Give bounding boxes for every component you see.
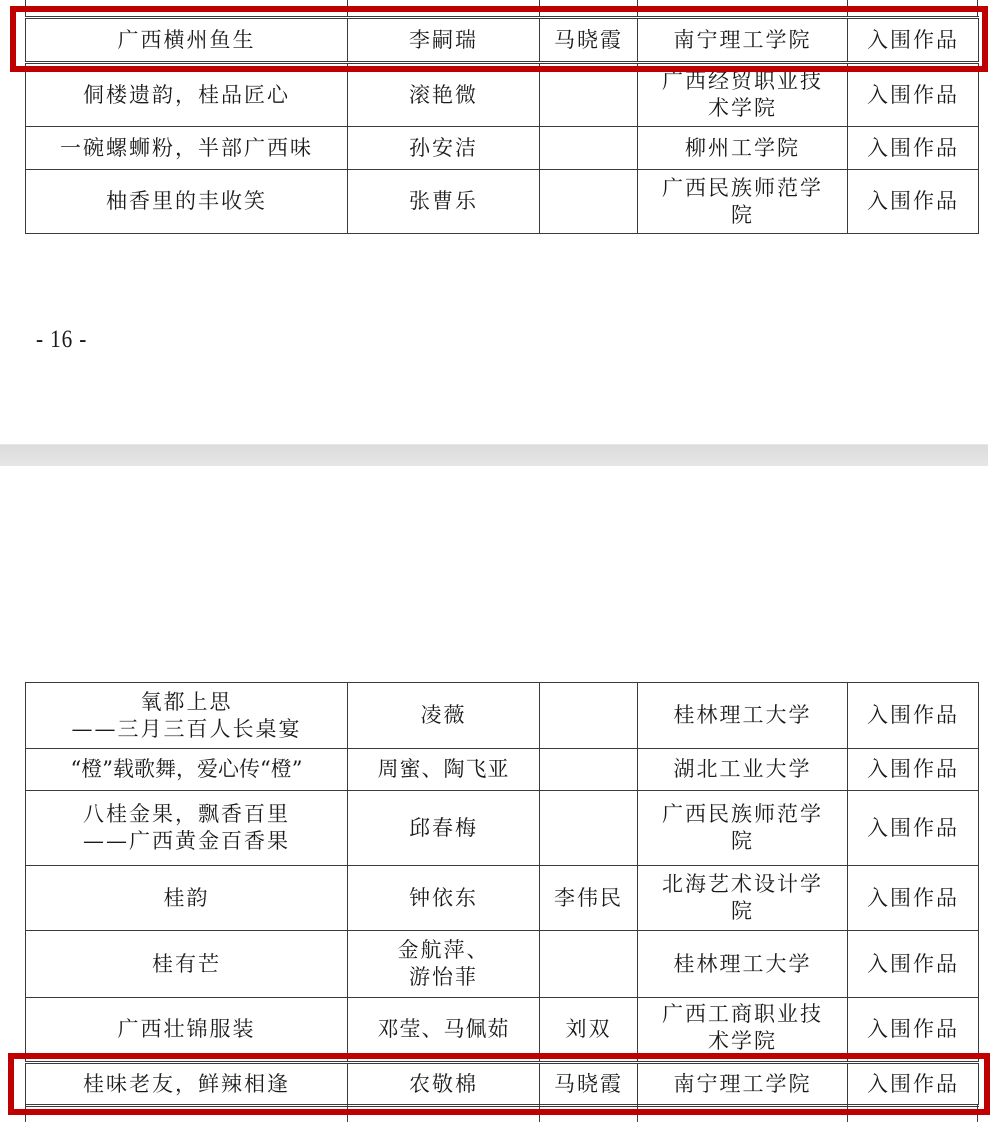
work-title-cell: 八桂金果，飘香百里——广西黄金百香果 [26,791,348,866]
table-row-clipped-bottom [25,1105,978,1122]
page-separator [0,444,988,467]
author-cell: 凌薇 [348,683,540,749]
school-cell: 广西工商职业技术学院 [638,998,848,1063]
advisor-cell [540,683,638,749]
result-cell: 入围作品 [848,683,979,749]
result-cell: 入围作品 [848,998,979,1063]
result-cell: 入围作品 [848,931,979,998]
school-cell: 桂林理工大学 [638,931,848,998]
author-cell: 钟依东 [348,866,540,931]
work-title-cell: 桂味老友，鲜辣相逢 [26,1063,348,1106]
author-cell: 邱春梅 [348,791,540,866]
result-cell: 入围作品 [848,749,979,791]
table-row: 桂有芒 金航萍、游怡菲 桂林理工大学 入围作品 [26,931,979,998]
table-row: “橙”载歌舞，爱心传“橙” 周蜜、陶飞亚 湖北工业大学 入围作品 [26,749,979,791]
advisor-cell [540,63,638,127]
school-cell: 广西经贸职业技术学院 [638,63,848,127]
page-number: - 16 - [36,326,87,354]
table-row: 八桂金果，飘香百里——广西黄金百香果 邱春梅 广西民族师范学院 入围作品 [26,791,979,866]
work-title-cell: “橙”载歌舞，爱心传“橙” [26,749,348,791]
work-title-cell: 桂韵 [26,866,348,931]
advisor-cell [540,749,638,791]
advisor-cell: 马晓霞 [540,18,638,63]
school-cell: 北海艺术设计学院 [638,866,848,931]
table-row: 广西横州鱼生 李嗣瑞 马晓霞 南宁理工学院 入围作品 [26,18,979,63]
advisor-cell: 李伟民 [540,866,638,931]
school-cell: 南宁理工学院 [638,18,848,63]
work-title-cell: 侗楼遗韵，桂品匠心 [26,63,348,127]
table-row: 桂韵 钟依东 李伟民 北海艺术设计学院 入围作品 [26,866,979,931]
work-title-cell: 广西壮锦服装 [26,998,348,1063]
school-cell: 广西民族师范学院 [638,791,848,866]
author-cell: 农敬棉 [348,1063,540,1106]
work-title-cell: 桂有芒 [26,931,348,998]
school-cell: 桂林理工大学 [638,683,848,749]
table-row: 柚香里的丰收笑 张曹乐 广西民族师范学院 入围作品 [26,170,979,234]
author-cell: 滚艳微 [348,63,540,127]
school-cell: 广西民族师范学院 [638,170,848,234]
result-cell: 入围作品 [848,18,979,63]
author-cell: 金航萍、游怡菲 [348,931,540,998]
school-cell: 南宁理工学院 [638,1063,848,1106]
advisor-cell: 马晓霞 [540,1063,638,1106]
work-title-cell: 一碗螺蛳粉，半部广西味 [26,127,348,170]
result-cell: 入围作品 [848,63,979,127]
author-cell: 孙安洁 [348,127,540,170]
advisor-cell: 刘双 [540,998,638,1063]
advisor-cell [540,170,638,234]
table-row: 桂味老友，鲜辣相逢 农敬棉 马晓霞 南宁理工学院 入围作品 [26,1063,979,1106]
author-cell: 张曹乐 [348,170,540,234]
result-cell: 入围作品 [848,170,979,234]
school-cell: 柳州工学院 [638,127,848,170]
advisor-cell [540,127,638,170]
author-cell: 邓莹、马佩茹 [348,998,540,1063]
table-row: 氧都上思——三月三百人长桌宴 凌薇 桂林理工大学 入围作品 [26,683,979,749]
awards-table-bottom: 氧都上思——三月三百人长桌宴 凌薇 桂林理工大学 入围作品 “橙”载歌舞，爱心传… [25,682,979,1107]
advisor-cell [540,791,638,866]
table-row-clipped-top [25,0,978,16]
advisor-cell [540,931,638,998]
work-title-cell: 广西横州鱼生 [26,18,348,63]
awards-table-top: 广西横州鱼生 李嗣瑞 马晓霞 南宁理工学院 入围作品 侗楼遗韵，桂品匠心 滚艳微… [25,16,979,234]
school-cell: 湖北工业大学 [638,749,848,791]
result-cell: 入围作品 [848,1063,979,1106]
result-cell: 入围作品 [848,127,979,170]
table-row: 侗楼遗韵，桂品匠心 滚艳微 广西经贸职业技术学院 入围作品 [26,63,979,127]
table-row: 广西壮锦服装 邓莹、马佩茹 刘双 广西工商职业技术学院 入围作品 [26,998,979,1063]
result-cell: 入围作品 [848,866,979,931]
result-cell: 入围作品 [848,791,979,866]
table-row: 一碗螺蛳粉，半部广西味 孙安洁 柳州工学院 入围作品 [26,127,979,170]
work-title-cell: 氧都上思——三月三百人长桌宴 [26,683,348,749]
author-cell: 周蜜、陶飞亚 [348,749,540,791]
work-title-cell: 柚香里的丰收笑 [26,170,348,234]
author-cell: 李嗣瑞 [348,18,540,63]
